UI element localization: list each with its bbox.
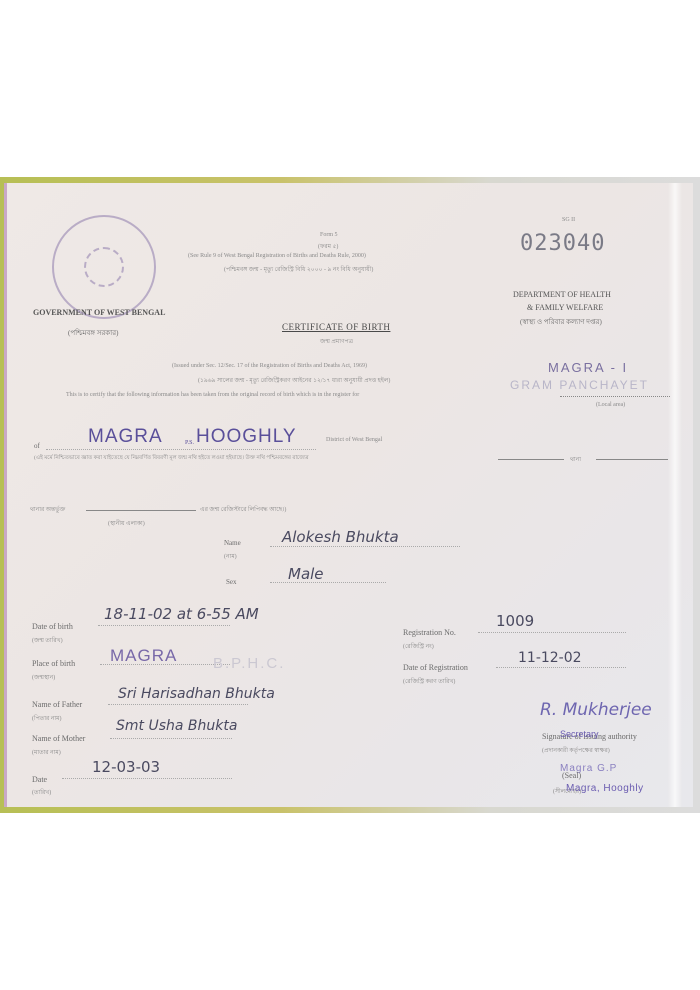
registration-no-label: Registration No. bbox=[403, 628, 456, 637]
plastic-sleeve-glare bbox=[668, 183, 682, 807]
certificate-title: CERTIFICATE OF BIRTH bbox=[282, 322, 390, 332]
name-label-bn: (নাম) bbox=[224, 551, 237, 562]
local-area-label: (Local area) bbox=[596, 402, 625, 408]
registration-no-label-bn: (রেজিস্ট্রি নং) bbox=[403, 641, 434, 652]
father-line bbox=[108, 704, 248, 705]
locality-stamp: MAGRA bbox=[88, 426, 163, 448]
registration-date-label-bn: (রেজিস্ট্রি করণ তারিখ) bbox=[403, 676, 455, 687]
registration-no-value: 1009 bbox=[496, 612, 534, 630]
thana-label: থানা bbox=[570, 454, 581, 465]
department-bn: (স্বাস্থ্য ও পরিবার কল্যাণ দপ্তর) bbox=[520, 316, 602, 328]
pob-label: Place of birth bbox=[32, 659, 75, 668]
seal-label: (Seal) bbox=[562, 771, 581, 780]
registration-date-label: Date of Registration bbox=[403, 663, 468, 672]
bn-blank-line-1 bbox=[498, 459, 564, 460]
father-name-value: Sri Harisadhan Bhukta bbox=[118, 686, 275, 702]
panchayat-stamp-line-2: GRAM PANCHAYET bbox=[510, 378, 649, 392]
issue-date-line bbox=[62, 778, 232, 779]
signature-scribble: R. Mukherjee bbox=[540, 700, 652, 720]
registration-date-value: 11-12-02 bbox=[518, 650, 582, 666]
certificate-title-bn: জন্ম প্রমাণপত্র bbox=[320, 336, 353, 347]
thana-included-label: থানার অন্তর্ভুক্ত bbox=[30, 504, 65, 515]
pob-value: MAGRA bbox=[110, 646, 177, 666]
thana-blank-line bbox=[86, 510, 196, 511]
certify-bn-line: (এই মর্মে নিশ্চিতভাবে জ্ঞাত করা যাইতেছে … bbox=[34, 455, 309, 463]
dob-label-bn: (জন্ম তারিখ) bbox=[32, 635, 63, 646]
mother-label-bn: (মাতার নাম) bbox=[32, 747, 61, 758]
local-area-bn: (স্থানীয় এলাকা) bbox=[108, 518, 145, 529]
form-number-bn: (ফরম ৫) bbox=[318, 241, 338, 252]
form-number: Form 5 bbox=[320, 232, 338, 238]
rule-reference: (See Rule 9 of West Bengal Registration … bbox=[188, 253, 366, 259]
issue-date-value: 12-03-03 bbox=[92, 758, 160, 776]
mother-name-value: Smt Usha Bhukta bbox=[116, 718, 237, 734]
district-stamp: HOOGHLY bbox=[196, 426, 297, 448]
pob-faded-stamp: B.P.H.C. bbox=[213, 655, 285, 672]
serial-number: 023040 bbox=[520, 231, 605, 256]
sex-value: Male bbox=[288, 565, 324, 583]
name-label: Name bbox=[224, 539, 241, 547]
issued-under: (Issued under Sec. 12/Sec. 17 of the Reg… bbox=[172, 363, 367, 369]
certify-statement: This is to certify that the following in… bbox=[66, 392, 359, 398]
registration-no-line bbox=[478, 632, 626, 633]
address-stamp: Magra, Hooghly bbox=[566, 783, 644, 794]
mother-label: Name of Mother bbox=[32, 734, 85, 743]
child-name-value: Alokesh Bhukta bbox=[282, 528, 399, 546]
locality-line bbox=[46, 449, 316, 450]
rule-reference-bn: (পশ্চিমবঙ্গ জন্ম - মৃত্যু রেজিস্ট্রি বিধ… bbox=[224, 264, 373, 275]
dob-label: Date of birth bbox=[32, 622, 73, 631]
round-seal-stamp bbox=[52, 215, 156, 319]
panchayat-stamp-line-1: MAGRA - I bbox=[548, 360, 628, 375]
registration-date-line bbox=[496, 667, 626, 668]
signature-label-bn: (প্রদানকারী কর্তৃপক্ষের স্বাক্ষর) bbox=[542, 745, 610, 756]
father-label: Name of Father bbox=[32, 700, 82, 709]
sex-label: Sex bbox=[226, 578, 237, 586]
register-bn-suffix: এর জন্ম রেজিস্টারে লিপিবদ্ধ আছে।) bbox=[200, 504, 286, 515]
pob-label-bn: (জন্মস্থান) bbox=[32, 672, 55, 683]
secretary-stamp: Secretary bbox=[560, 729, 599, 739]
dob-line bbox=[98, 625, 230, 626]
local-area-line bbox=[560, 396, 670, 397]
ps-label: P.S. bbox=[185, 440, 194, 446]
government-title: GOVERNMENT OF WEST BENGAL bbox=[33, 308, 165, 317]
issue-date-label-bn: (তারিখ) bbox=[32, 787, 51, 798]
government-title-bn: (পশ্চিমবঙ্গ সরকার) bbox=[68, 327, 118, 339]
department-line-2: & FAMILY WELFARE bbox=[527, 303, 603, 312]
district-suffix: District of West Bengal bbox=[326, 437, 382, 443]
issued-under-bn: (১৯৬৯ সালের জন্ম - মৃত্যু রেজিস্ট্রিকরণ … bbox=[198, 375, 390, 386]
seal-emblem-icon bbox=[84, 247, 124, 287]
department-line-1: DEPARTMENT OF HEALTH bbox=[513, 290, 611, 299]
issue-date-label: Date bbox=[32, 775, 47, 784]
of-label: of bbox=[34, 442, 40, 450]
bn-blank-line-2 bbox=[596, 459, 668, 460]
serial-label: SG II bbox=[562, 217, 575, 223]
name-line bbox=[270, 546, 460, 547]
father-label-bn: (পিতার নাম) bbox=[32, 713, 61, 724]
mother-line bbox=[110, 738, 232, 739]
dob-value: 18-11-02 at 6-55 AM bbox=[104, 605, 259, 623]
